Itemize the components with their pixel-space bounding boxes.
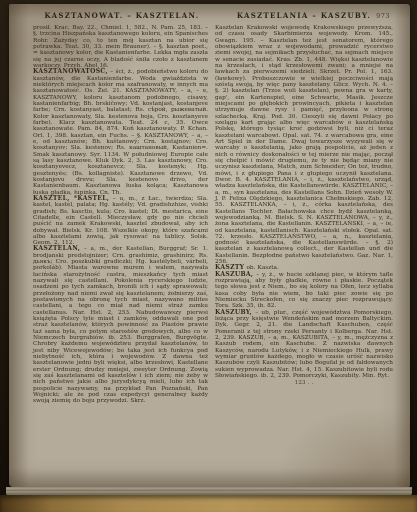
entry-body: – y, ż., w hucie szklanej piec, w którym… xyxy=(215,272,393,310)
entry-headword: KASZTANOWATOŚĆ, xyxy=(33,68,108,75)
dictionary-entry: Kasztelan Krakowski wojewodę Krakowskieg… xyxy=(215,25,393,265)
entry-body: – u, m., z Łac., twierdza; Sla. kastel, … xyxy=(33,196,208,246)
table-surface xyxy=(0,495,417,512)
running-head: KASZTANOWAT. – KASZTELAN. KASZTELANIA – … xyxy=(31,11,395,20)
dictionary-entry: KASZUBY, – ub, plur., część województwa … xyxy=(215,310,393,380)
entry-body: – ub, plur., część województwa Pomorskie… xyxy=(215,310,393,379)
text-column-left: prosił. Krac. Bay. 22., Chmiel. 1, 582.,… xyxy=(33,25,208,405)
dictionary-entry: prosił. Krac. Bay. 22., Chmiel. 1, 582.,… xyxy=(33,25,208,69)
dictionary-entry: KASZUBA, – y, ż., w hucie szklanej piec,… xyxy=(215,272,393,310)
running-head-right: KASZTELANIA – KASZUBY. xyxy=(213,11,395,20)
entry-headword: KASZUBA, xyxy=(215,271,253,278)
entry-headword: KASZUBY, xyxy=(215,309,252,316)
text-column-right: Kasztelan Krakowski wojewodę Krakowskieg… xyxy=(215,25,393,387)
dictionary-entry: KASZTELAN, – a, m., der Kastellan, Burgg… xyxy=(33,246,208,404)
entry-body: Kasztelan Krakowski wojewodę Krakowskieg… xyxy=(215,25,393,265)
dictionary-entry: KASZTANOWATOŚĆ, – ści, ż., podobieństwo … xyxy=(33,69,208,196)
book-page: KASZTANOWAT. – KASZTELAN. KASZTELANIA – … xyxy=(9,4,410,487)
entry-body: – ści, ż., podobieństwo koloru do kaszta… xyxy=(33,69,208,195)
entry-headword: KASZTELAN, xyxy=(33,245,80,252)
entry-headword: KASZTEL, *KASTEL, xyxy=(33,195,109,202)
running-head-left: KASZTANOWAT. – KASZTELAN. xyxy=(31,11,213,20)
dictionary-entry: KASZTEL, *KASTEL, – u, m., z Łac., twier… xyxy=(33,196,208,247)
entry-body: prosił. Krac. Bay. 22., Chmiel. 1, 582.,… xyxy=(33,25,208,69)
scanned-book-photo: KASZTANOWAT. – KASZTELAN. KASZTELANIA – … xyxy=(0,0,417,512)
page-number: 973 xyxy=(376,12,390,20)
entry-body: – a, m., der Kastellan, Burggraf; Sr. 1.… xyxy=(33,246,208,404)
signature-mark: 123 . . xyxy=(215,380,393,386)
